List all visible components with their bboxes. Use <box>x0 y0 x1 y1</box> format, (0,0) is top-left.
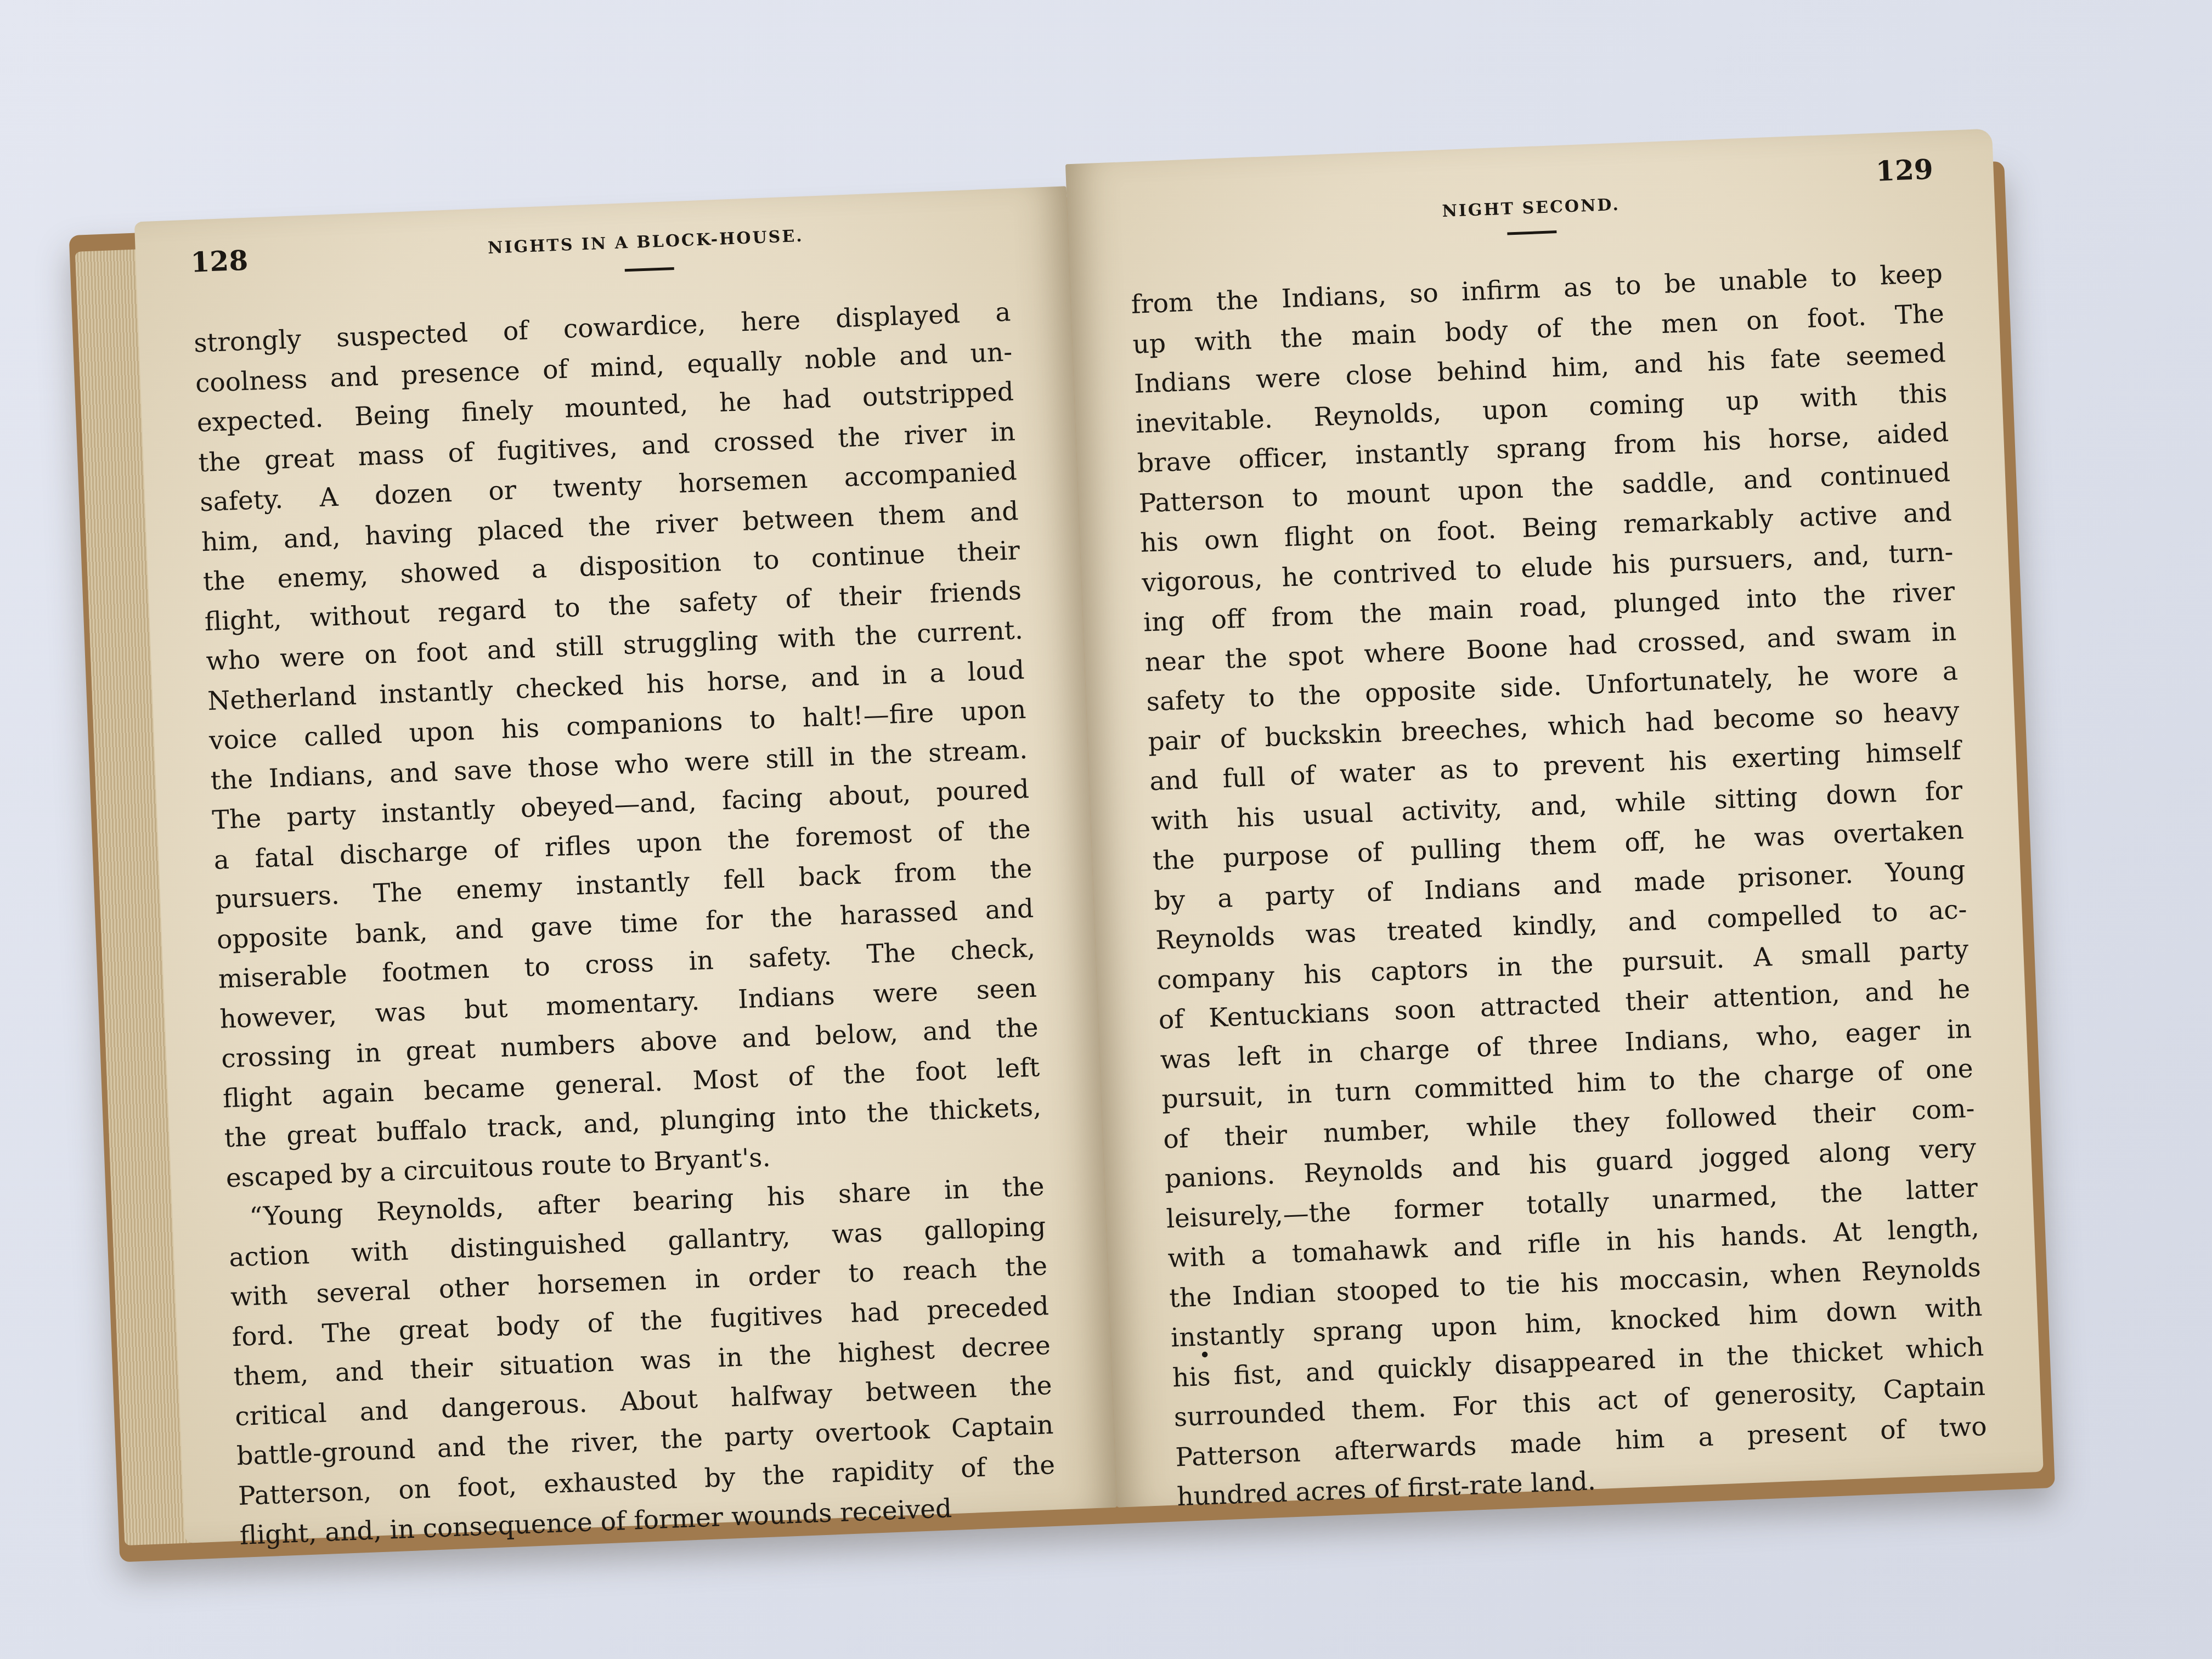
header-rule <box>1507 230 1556 235</box>
left-page-body: strongly suspected of cowardice, here di… <box>193 292 1057 1556</box>
footer-mark: • <box>1199 1344 1211 1367</box>
left-page-header: 128 NIGHTS IN A BLOCK-HOUSE. <box>134 186 1069 298</box>
open-book: 128 NIGHTS IN A BLOCK-HOUSE. strongly su… <box>57 127 2083 1573</box>
right-page-body: from the Indians, so infirm as to be una… <box>1131 254 1989 1517</box>
running-head: NIGHTS IN A BLOCK-HOUSE. <box>223 216 1068 268</box>
right-page-header: NIGHT SECOND. 129 <box>1065 129 1995 241</box>
page-number: 129 <box>1875 153 1934 188</box>
right-page: NIGHT SECOND. 129 from the Indians, so i… <box>1065 129 2044 1508</box>
header-rule <box>625 267 674 272</box>
left-page: 128 NIGHTS IN A BLOCK-HOUSE. strongly su… <box>134 186 1117 1543</box>
running-head: NIGHT SECOND. <box>1068 180 1995 235</box>
